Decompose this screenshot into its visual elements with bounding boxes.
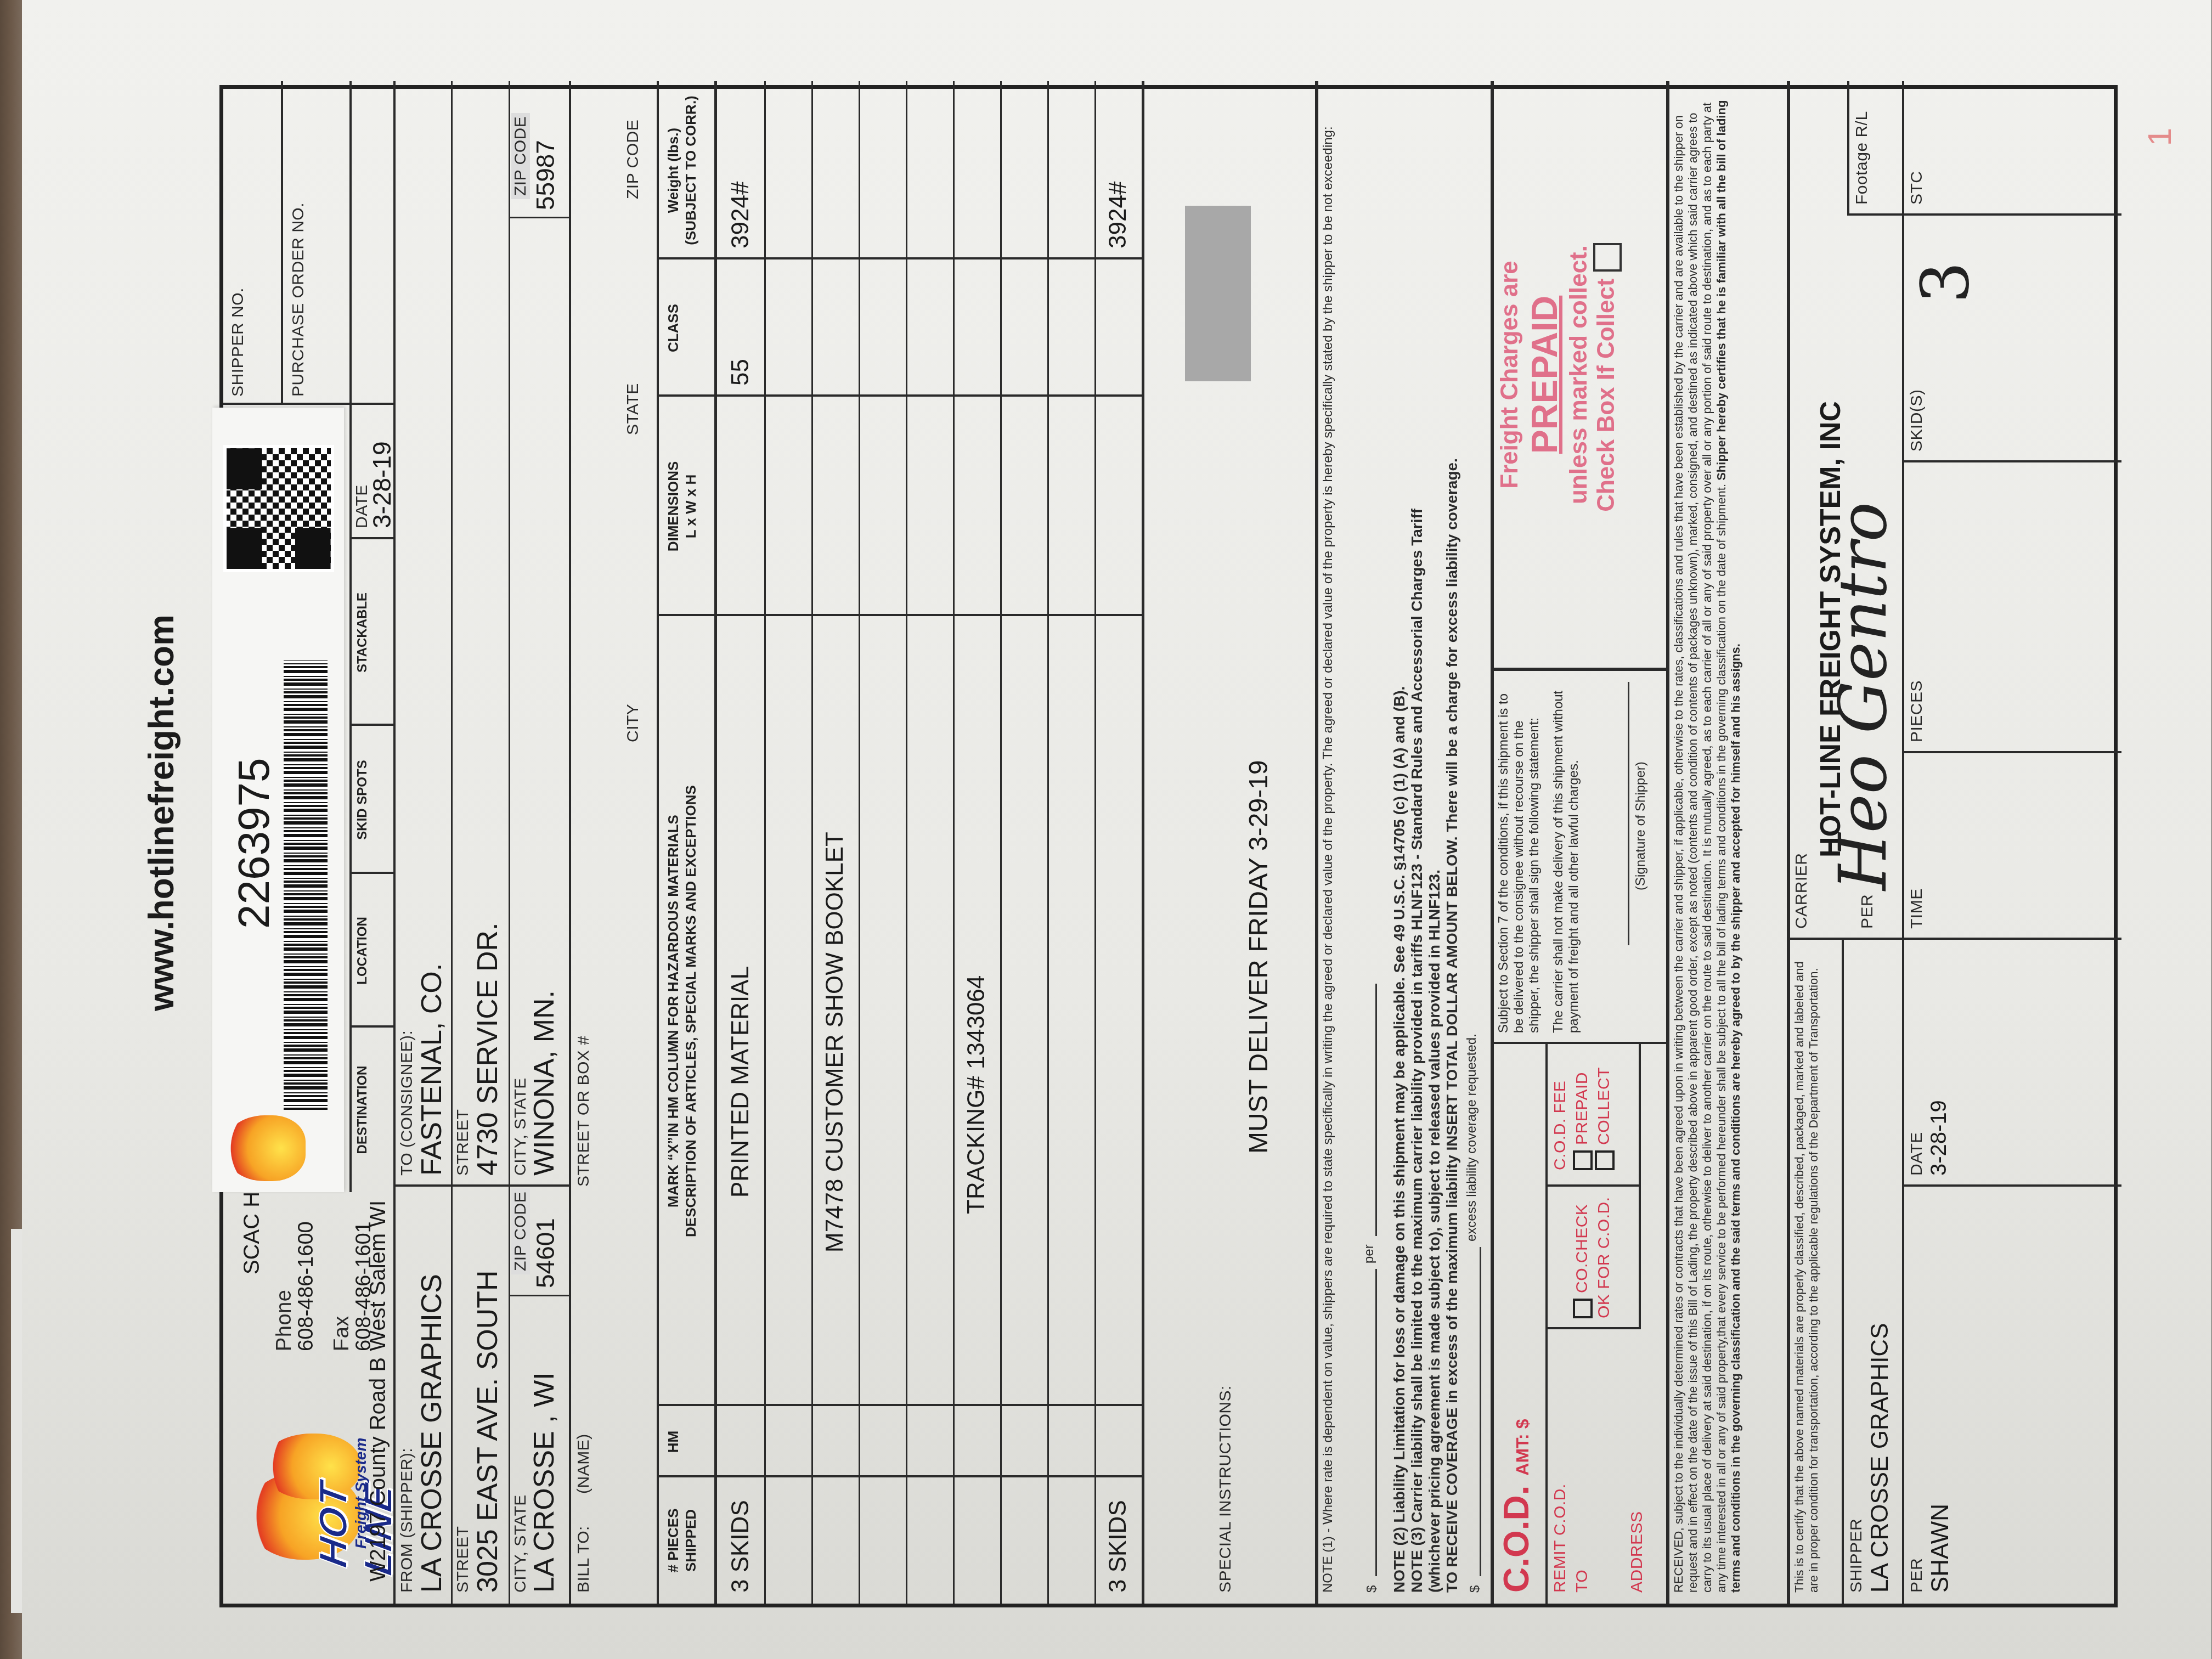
consignee-zip-label: ZIP CODE	[511, 113, 530, 199]
skids-value: 3	[1908, 262, 1984, 303]
co-check-checkbox[interactable]	[1573, 1299, 1593, 1318]
location-label: LOCATION	[355, 885, 370, 1017]
shipper-per-value: SHAWN	[1927, 1504, 1954, 1593]
pro-number: 2263975	[229, 758, 279, 929]
pro-number-sticker: 2263975	[212, 408, 344, 1192]
to-consignee-label: TO (CONSIGNEE):	[398, 1030, 416, 1176]
total-pieces: 3 SKIDS	[1104, 1500, 1132, 1593]
phone-label: Phone	[273, 1290, 296, 1351]
bill-to-zip-label: ZIP CODE	[624, 120, 642, 199]
shipper-sign-value: LA CROSSE GRAPHICS	[1866, 1323, 1894, 1593]
shipper-street-label: STREET	[454, 1526, 472, 1593]
shipper-street: 3025 EAST AVE. SOUTH	[471, 1270, 504, 1593]
header-class: CLASS	[664, 259, 682, 397]
bill-of-lading-form: www.hotlinefreight.com HOT LINE Freight …	[219, 85, 2118, 1607]
bill-to-city-label: CITY	[624, 704, 642, 742]
date-value: 3-28-19	[367, 441, 397, 528]
carrier-per-label: PER	[1858, 894, 1877, 929]
qr-code	[223, 445, 334, 572]
cod-fee-prepaid[interactable]: PREPAID	[1573, 1072, 1593, 1170]
cod-collect-checkbox[interactable]	[1595, 1150, 1615, 1170]
note-1-per: per	[1362, 1244, 1377, 1263]
note-2: NOTE (2) Liability Limitation for loss o…	[1392, 111, 1407, 1593]
hotline-logo: HOT LINE Freight System	[245, 1401, 366, 1582]
cod-prepaid-checkbox[interactable]	[1573, 1150, 1593, 1170]
table-cell-description: M7478 CUSTOMER SHOW BOOKLET	[821, 832, 849, 1252]
sign-date-value: 3-28-19	[1927, 1100, 1951, 1176]
shipper-zip-label: ZIP CODE	[511, 1188, 530, 1274]
cod-title: C.O.D. AMT: $	[1496, 1419, 1537, 1593]
consignee-zip: 55987	[531, 140, 560, 210]
total-weight: 3924#	[1104, 182, 1132, 249]
section7-text: Subject to Section 7 of the conditions, …	[1496, 682, 1542, 1033]
table-cell-description: TRACKING# 1343064	[963, 975, 990, 1214]
pieces-label: PIECES	[1908, 680, 1926, 742]
stackable-label: STACKABLE	[355, 550, 370, 715]
note-3: NOTE (3) Carrier liability shall be limi…	[1409, 111, 1425, 1593]
consignee-street: 4730 SERVICE DR.	[471, 923, 504, 1176]
cod-fee-label: C.O.D. FEE	[1551, 1081, 1570, 1170]
freight-charges-stamp: Freight Charges are PREPAID unless marke…	[1496, 89, 1622, 660]
remit-cod-label: REMIT C.O.D.	[1551, 1483, 1570, 1593]
carrier-label: CARRIER	[1792, 853, 1811, 929]
shipper-sign-label: SHIPPER	[1847, 1519, 1866, 1593]
header-pieces: # PIECES SHIPPED	[664, 1477, 699, 1604]
fax-label: Fax	[330, 1316, 354, 1351]
excess-coverage-label: excess liability coverage requested.	[1464, 1034, 1480, 1242]
note-1-dollar: $	[1364, 1585, 1380, 1593]
carrier-signature: Heo Gentro	[1825, 502, 1901, 890]
items-table: # PIECES SHIPPEDHMMARK “X”IN HM COLUMN F…	[657, 81, 1205, 1604]
excess-dollar: $	[1468, 1585, 1483, 1593]
consignee-name: FASTENAL, CO.	[415, 963, 448, 1176]
table-cell-weight: 3924#	[727, 182, 754, 249]
skids-label: SKID(S)	[1908, 389, 1926, 452]
received-terms: RECEIVED, subject to the individually de…	[1672, 89, 1743, 1593]
sticker-logo-icon	[223, 1115, 306, 1181]
stc-label: STC	[1908, 171, 1926, 205]
header-hm: HM	[664, 1406, 682, 1477]
bill-to-name-label: (NAME)	[574, 1434, 593, 1494]
co-check-option[interactable]: CO.CHECK	[1573, 1204, 1593, 1318]
bill-to-street-label: STREET OR BOX #	[574, 1036, 593, 1187]
note-3b: (whichever pricing agreement is made sub…	[1427, 111, 1442, 1593]
special-instructions-value: MUST DELIVER FRIDAY 3-29-19	[1244, 760, 1274, 1154]
remit-to-label: TO	[1573, 1570, 1592, 1593]
bill-to-state-label: STATE	[624, 383, 642, 435]
certify-text: This is to certify that the above named …	[1792, 945, 1821, 1593]
destination-label: DESTINATION	[355, 1039, 370, 1181]
page-corner-mark: 1	[2141, 128, 2179, 146]
table-cell-pieces: 3 SKIDS	[727, 1500, 754, 1593]
collect-checkbox[interactable]	[1593, 243, 1622, 272]
consignee-city-state-label: CITY, STATE	[511, 1077, 530, 1176]
shipper-signature-label: (Signature of Shipper)	[1633, 761, 1649, 890]
footage-label: Footage R/L	[1853, 111, 1871, 205]
shipper-city-state-label: CITY, STATE	[511, 1494, 530, 1593]
note-1: NOTE (1) - Where rate is dependent on va…	[1321, 100, 1336, 1593]
consignee-city-state: WINONA, MN.	[528, 990, 561, 1176]
shipper-name: LA CROSSE GRAPHICS	[415, 1274, 448, 1593]
special-instructions-label: SPECIAL INSTRUCTIONS:	[1216, 1385, 1235, 1593]
header-weight: Weight (lbs.) (SUBJECT TO CORR.)	[664, 81, 699, 259]
sign-date-label: DATE	[1908, 1132, 1926, 1176]
fax-number: 608-486-1601	[352, 1221, 376, 1351]
from-shipper-label: FROM (SHIPPER):	[398, 1448, 416, 1593]
ok-for-cod-label: OK FOR C.O.D.	[1595, 1197, 1613, 1318]
time-label: TIME	[1908, 888, 1926, 929]
note-3c: TO RECEIVE COVERAGE in excess of the max…	[1444, 89, 1460, 1593]
cod-fee-collect[interactable]: COLLECT	[1595, 1067, 1615, 1170]
purchase-order-label: PURCHASE ORDER NO.	[289, 202, 308, 397]
header-description: MARK “X”IN HM COLUMN FOR HAZARDOUS MATER…	[664, 616, 699, 1406]
shipper-per-label: PER	[1908, 1558, 1926, 1593]
bill-to-label: BILL TO:	[574, 1526, 593, 1593]
barcode	[284, 660, 328, 1110]
table-cell-description: PRINTED MATERIAL	[727, 966, 754, 1198]
shipper-no-label: SHIPPER NO.	[229, 287, 247, 397]
website-url: www.hotlinefreight.com	[141, 614, 182, 1011]
shipper-zip: 54601	[531, 1218, 560, 1288]
header-dimensions: DIMENSIONS L x W x H	[664, 397, 699, 616]
table-cell-class: 55	[727, 359, 754, 386]
skid-spots-label: SKID SPOTS	[355, 737, 370, 863]
remit-address-label: ADDRESS	[1628, 1511, 1646, 1593]
phone-number: 608-486-1600	[295, 1221, 318, 1351]
shipper-city-state: LA CROSSE , WI	[528, 1372, 561, 1593]
section7-text2: The carrier shall not make delivery of t…	[1551, 682, 1582, 1033]
consignee-street-label: STREET	[454, 1109, 472, 1176]
